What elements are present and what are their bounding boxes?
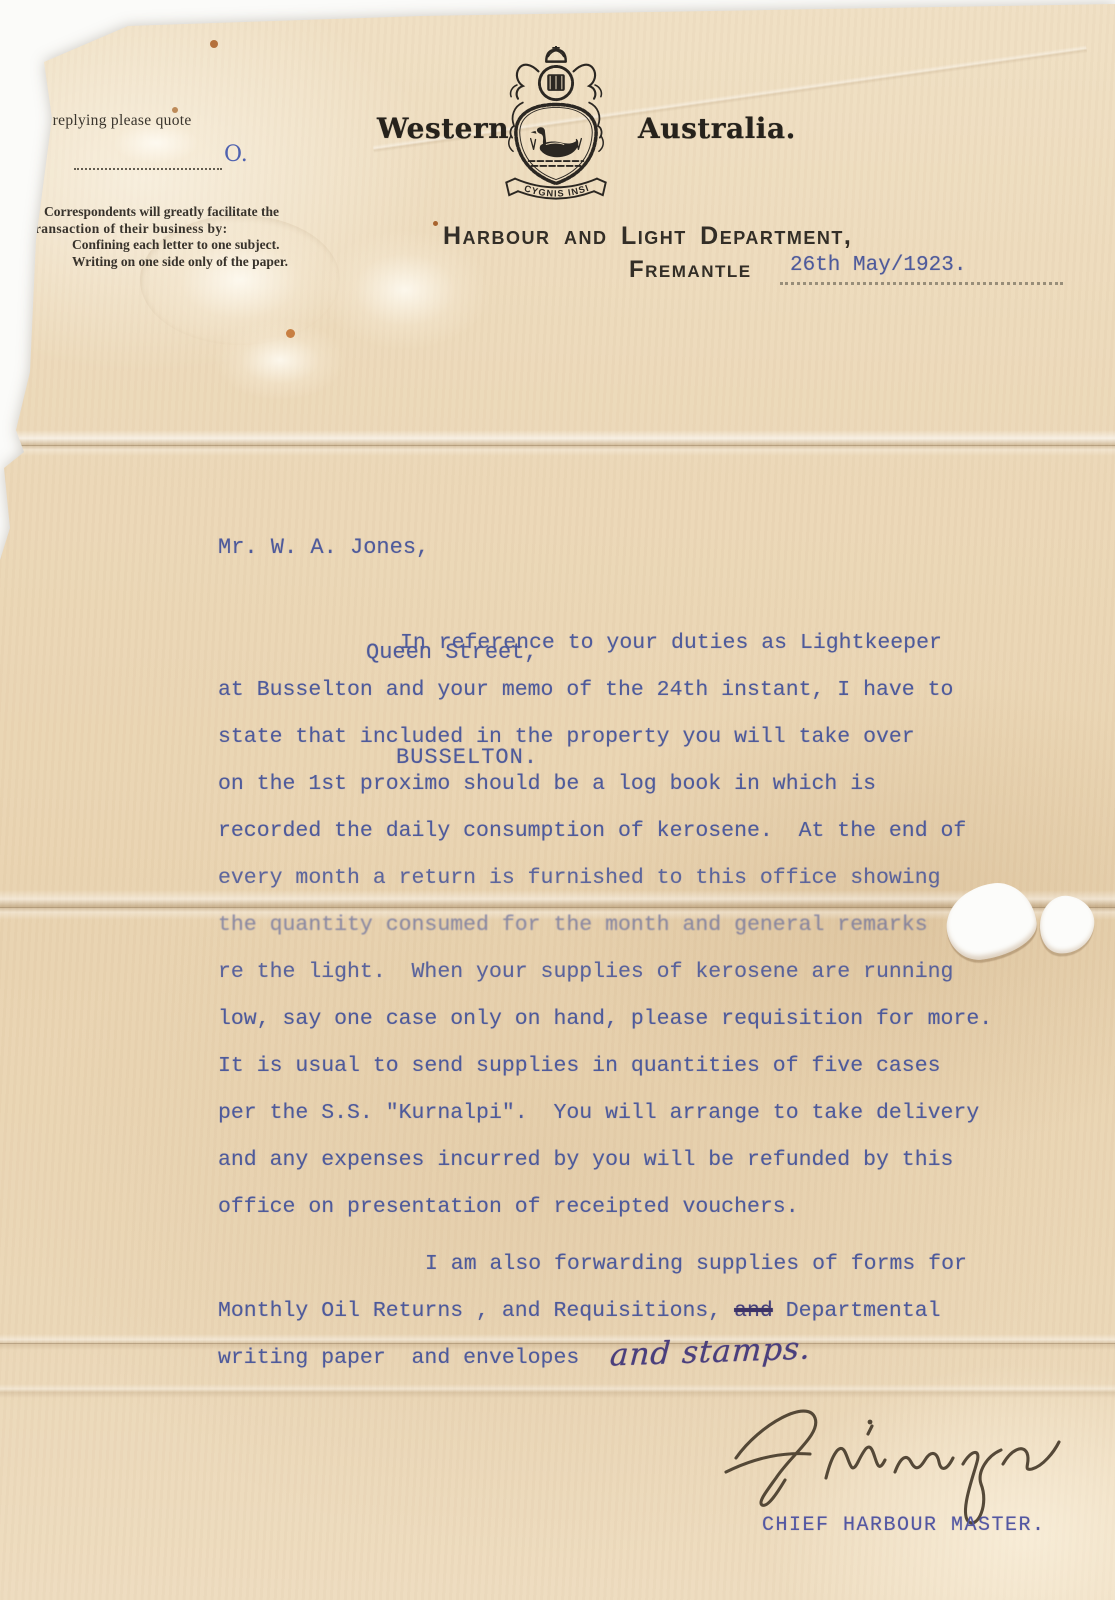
letter-line: and any expenses incurred by you will be… xyxy=(218,1148,1068,1195)
coat-of-arms: CYGNIS INSIGNIS xyxy=(486,46,626,202)
department-name: Harbour and Light Department, xyxy=(443,222,852,251)
reply-quote-value: O. xyxy=(224,142,248,167)
rust-spot xyxy=(286,329,295,338)
struck-out-word: and xyxy=(734,1299,773,1323)
document-page: In replying please quote O. Corresponden… xyxy=(0,0,1115,1600)
recipient-name: Mr. W. A. Jones, xyxy=(218,530,538,565)
rust-spot xyxy=(210,40,218,48)
correspondents-note-line: Writing on one side only of the paper. xyxy=(28,254,328,271)
date-dotted-line: 26th May/1923. xyxy=(780,252,1063,285)
letter-paragraph-1: In reference to your duties as Lightkeep… xyxy=(218,631,1068,1242)
letter-line: the quantity consumed for the month and … xyxy=(218,913,1068,960)
letter-line: writing paper and envelopesand stamps. xyxy=(218,1346,1068,1393)
correspondents-note-line: transaction of their business by: xyxy=(28,221,328,238)
correspondents-note-line: Correspondents will greatly facilitate t… xyxy=(28,204,328,221)
reply-dotted-line xyxy=(74,146,222,170)
state-name-right: Australia. xyxy=(638,112,796,145)
correspondents-note-line: Confining each letter to one subject. xyxy=(28,237,328,254)
letter-line: low, say one case only on hand, please r… xyxy=(218,1007,1068,1054)
letter-line: I am also forwarding supplies of forms f… xyxy=(218,1252,1068,1299)
letter-line: recorded the daily consumption of kerose… xyxy=(218,819,1068,866)
letter-line-segment: Departmental xyxy=(773,1299,941,1323)
scanned-letter: In replying please quote O. Corresponden… xyxy=(0,0,1115,1600)
correspondents-note: Correspondents will greatly facilitate t… xyxy=(28,204,328,270)
letter-line-segment: writing paper and envelopes xyxy=(218,1346,579,1370)
letter-line: on the 1st proximo should be a log book … xyxy=(218,772,1068,819)
fold-crease xyxy=(0,430,1115,456)
letter-line: re the light. When your supplies of kero… xyxy=(218,960,1068,1007)
paper-damage xyxy=(215,320,345,400)
letter-line: at Busselton and your memo of the 24th i… xyxy=(218,678,1068,725)
letter-date: 26th May/1923. xyxy=(790,254,966,277)
office-location: Fremantle xyxy=(629,256,752,284)
letter-line: state that included in the property you … xyxy=(218,725,1068,772)
letter-paragraph-2: I am also forwarding supplies of forms f… xyxy=(218,1252,1068,1393)
reply-note: In replying please quote xyxy=(35,112,192,130)
letter-line-segment: Monthly Oil Returns , and Requisitions, xyxy=(218,1299,734,1323)
handwritten-addition: and stamps. xyxy=(609,1330,812,1373)
signatory-title: CHIEF HARBOUR MASTER. xyxy=(762,1514,1046,1537)
letter-line: per the S.S. "Kurnalpi". You will arrang… xyxy=(218,1101,1068,1148)
letter-line: every month a return is furnished to thi… xyxy=(218,866,1068,913)
letter-line: office on presentation of receipted vouc… xyxy=(218,1195,1068,1242)
letter-line: In reference to your duties as Lightkeep… xyxy=(218,631,1068,678)
letter-line: It is usual to send supplies in quantiti… xyxy=(218,1054,1068,1101)
rust-spot xyxy=(433,221,438,226)
